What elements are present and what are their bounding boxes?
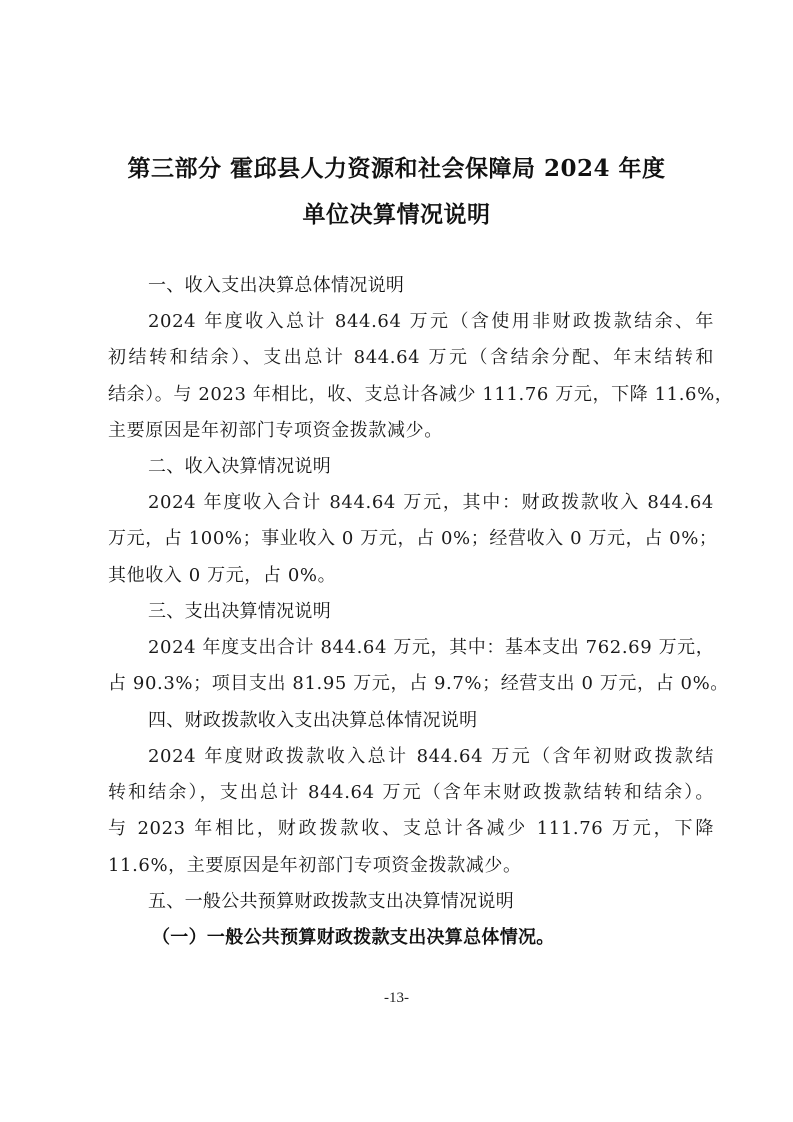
paragraph-line: 与 2023 年相比，财政拨款收、支总计各减少 111.76 万元，下降: [108, 811, 714, 847]
paragraph-line: 初结转和结余）、支出总计 844.64 万元（含结余分配、年末结转和: [108, 340, 714, 376]
section-heading-3: 三、支出决算情况说明: [108, 594, 714, 630]
paragraph-line: 2024 年度支出合计 844.64 万元，其中：基本支出 762.69 万元，: [108, 630, 714, 666]
section-paragraph-3: 2024 年度支出合计 844.64 万元，其中：基本支出 762.69 万元，…: [108, 630, 714, 703]
paragraph-line: 2024 年度财政拨款收入总计 844.64 万元（含年初财政拨款结: [108, 739, 714, 775]
paragraph-line: 其他收入 0 万元，占 0%。: [108, 558, 714, 594]
section-heading-1: 一、收入支出决算总体情况说明: [108, 268, 714, 304]
subsection-heading: （一）一般公共预算财政拨款支出决算总体情况。: [108, 920, 714, 956]
section-paragraph-1: 2024 年度收入总计 844.64 万元（含使用非财政拨款结余、年 初结转和结…: [108, 304, 714, 449]
page-title-line-2: 单位决算情况说明: [0, 196, 793, 229]
paragraph-line: 2024 年度收入合计 844.64 万元，其中：财政拨款收入 844.64: [108, 485, 714, 521]
paragraph-line: 2024 年度收入总计 844.64 万元（含使用非财政拨款结余、年: [108, 304, 714, 340]
page-title-line-1: 第三部分 霍邱县人力资源和社会保障局 2024 年度: [0, 150, 793, 183]
section-paragraph-2: 2024 年度收入合计 844.64 万元，其中：财政拨款收入 844.64 万…: [108, 485, 714, 594]
paragraph-line: 万元，占 100%；事业收入 0 万元，占 0%；经营收入 0 万元，占 0%；: [108, 521, 714, 557]
section-heading-2: 二、收入决算情况说明: [108, 449, 714, 485]
section-heading-5: 五、一般公共预算财政拨款支出决算情况说明: [108, 884, 714, 920]
section-paragraph-4: 2024 年度财政拨款收入总计 844.64 万元（含年初财政拨款结 转和结余）…: [108, 739, 714, 884]
document-body: 一、收入支出决算总体情况说明 2024 年度收入总计 844.64 万元（含使用…: [108, 268, 714, 956]
paragraph-line: 转和结余），支出总计 844.64 万元（含年末财政拨款结转和结余）。: [108, 775, 714, 811]
paragraph-line: 占 90.3%；项目支出 81.95 万元，占 9.7%；经营支出 0 万元，占…: [108, 666, 714, 702]
section-heading-4: 四、财政拨款收入支出决算总体情况说明: [108, 703, 714, 739]
paragraph-line: 主要原因是年初部门专项资金拨款减少。: [108, 413, 714, 449]
paragraph-line: 11.6%，主要原因是年初部门专项资金拨款减少。: [108, 848, 714, 884]
paragraph-line: 结余）。与 2023 年相比，收、支总计各减少 111.76 万元，下降 11.…: [108, 377, 714, 413]
page-number: -13-: [0, 990, 793, 1007]
